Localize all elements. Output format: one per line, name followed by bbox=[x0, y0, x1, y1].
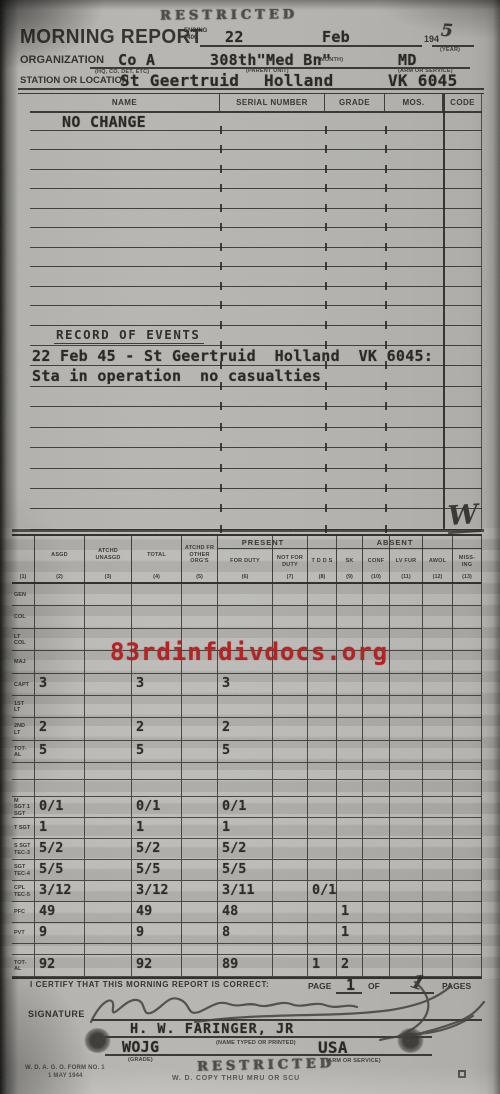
stats-cell bbox=[132, 606, 182, 628]
stats-cell bbox=[423, 606, 453, 628]
stats-cell bbox=[308, 606, 337, 628]
stats-cell bbox=[423, 629, 453, 651]
stats-cell bbox=[308, 741, 337, 763]
stats-cell: 3 bbox=[35, 674, 85, 696]
stats-cell bbox=[390, 780, 423, 797]
stats-cell: 49 bbox=[35, 902, 85, 923]
stats-cell bbox=[35, 696, 85, 718]
stats-cell: 1 bbox=[308, 955, 337, 977]
organization-label: ORGANIZATION bbox=[20, 54, 104, 66]
stats-cell bbox=[218, 696, 273, 718]
stats-cell bbox=[35, 629, 85, 651]
stats-row-label: LT COL bbox=[12, 629, 35, 651]
stats-cell bbox=[390, 902, 423, 923]
stats-cell bbox=[453, 923, 482, 944]
stats-cell bbox=[218, 944, 273, 955]
form-title: MORNING REPORT bbox=[20, 26, 203, 49]
name-table-rows: NO CHANGE bbox=[30, 111, 482, 326]
record-row: 22 Feb 45 - St Geertruid Holland VK 6045… bbox=[30, 346, 482, 366]
stats-column-number: (1) bbox=[20, 574, 27, 582]
stats-cell bbox=[337, 696, 363, 718]
stats-cell: 3/11 bbox=[218, 881, 273, 902]
column-header-serial-number: SERIAL NUMBER bbox=[220, 94, 325, 111]
stats-cell bbox=[182, 923, 218, 944]
stats-cell: 3 bbox=[132, 674, 182, 696]
stats-cell bbox=[182, 881, 218, 902]
stats-cell bbox=[363, 696, 390, 718]
stats-cell bbox=[390, 651, 423, 673]
stats-cell bbox=[182, 955, 218, 977]
stats-cell bbox=[453, 718, 482, 740]
stats-column-number: (10) bbox=[371, 574, 381, 582]
stats-cell: 5 bbox=[132, 741, 182, 763]
stats-cell bbox=[273, 860, 308, 881]
stats-cell bbox=[273, 839, 308, 860]
stats-cell bbox=[453, 881, 482, 902]
stats-cell bbox=[85, 944, 132, 955]
stats-cell bbox=[337, 584, 363, 606]
stats-row-label bbox=[12, 780, 35, 797]
stats-cell bbox=[132, 763, 182, 780]
stats-cell bbox=[453, 763, 482, 780]
stats-cell bbox=[337, 780, 363, 797]
stats-cell: 2 bbox=[337, 955, 363, 977]
stats-cell: 8 bbox=[218, 923, 273, 944]
stats-cell: 5/2 bbox=[218, 839, 273, 860]
name-table-row bbox=[30, 189, 482, 209]
stats-cell bbox=[132, 696, 182, 718]
stats-cell bbox=[85, 902, 132, 923]
stats-row-label: 1ST LT bbox=[12, 696, 35, 718]
stats-cell: 5/2 bbox=[132, 839, 182, 860]
stats-cell bbox=[308, 718, 337, 740]
name-table-row bbox=[30, 306, 482, 326]
stats-cell bbox=[85, 718, 132, 740]
morning-report-scan: RESTRICTED MORNING REPORT ENDING 2400 22… bbox=[0, 0, 500, 1094]
stats-cell bbox=[423, 696, 453, 718]
year-digit-handwritten: 5 bbox=[440, 21, 454, 42]
stats-cell bbox=[132, 584, 182, 606]
name-table-row bbox=[30, 267, 482, 287]
stats-cell bbox=[363, 955, 390, 977]
code-mark-handwritten: W bbox=[446, 499, 482, 534]
name-table-row: NO CHANGE bbox=[30, 111, 482, 131]
stats-cell bbox=[390, 718, 423, 740]
stats-cell bbox=[308, 763, 337, 780]
stats-cell bbox=[423, 818, 453, 839]
stats-cell bbox=[273, 606, 308, 628]
stats-cell bbox=[308, 780, 337, 797]
stats-cell bbox=[337, 797, 363, 818]
ending-label: ENDING bbox=[184, 28, 207, 34]
stats-cell bbox=[218, 780, 273, 797]
stats-cell bbox=[308, 696, 337, 718]
stats-cell: 92 bbox=[132, 955, 182, 977]
stats-column-label: ASGD bbox=[51, 552, 68, 559]
stats-column-label: MISS- ING bbox=[453, 555, 481, 569]
stats-cell bbox=[308, 674, 337, 696]
stats-cell bbox=[423, 881, 453, 902]
stats-cell bbox=[308, 944, 337, 955]
stats-cell: 0/1 bbox=[308, 881, 337, 902]
stats-cell bbox=[337, 718, 363, 740]
record-row bbox=[30, 448, 482, 468]
stats-row-label: PFC bbox=[12, 902, 35, 923]
stats-row-label: S SGT TEC-3 bbox=[12, 839, 35, 860]
stats-cell bbox=[363, 606, 390, 628]
stats-cell bbox=[85, 584, 132, 606]
stats-cell bbox=[390, 741, 423, 763]
stats-row-label: T SGT bbox=[12, 818, 35, 839]
stats-cell bbox=[423, 860, 453, 881]
stats-cell bbox=[308, 584, 337, 606]
name-table-row bbox=[30, 170, 482, 190]
stats-cell bbox=[182, 763, 218, 780]
stats-cell bbox=[453, 780, 482, 797]
stats-cell bbox=[182, 797, 218, 818]
restricted-stamp-top: RESTRICTED bbox=[160, 7, 298, 23]
stats-cell: 49 bbox=[132, 902, 182, 923]
stats-cell: 5/2 bbox=[35, 839, 85, 860]
stats-row-label: TOT- AL bbox=[12, 955, 35, 977]
column-tick bbox=[385, 525, 387, 533]
stats-cell bbox=[308, 902, 337, 923]
stats-column-label: NOT FOR DUTY bbox=[273, 555, 307, 569]
stats-cell bbox=[363, 718, 390, 740]
stats-cell bbox=[308, 923, 337, 944]
stats-cell: 9 bbox=[35, 923, 85, 944]
stats-cell: 1 bbox=[218, 818, 273, 839]
stats-row-label bbox=[12, 763, 35, 780]
signature-handwriting bbox=[85, 978, 490, 1056]
stats-cell bbox=[85, 860, 132, 881]
stats-column-header: TOTAL(4) bbox=[132, 536, 182, 582]
year-prefix: 194 bbox=[424, 34, 439, 44]
stats-cell bbox=[85, 923, 132, 944]
stats-column-number: (6) bbox=[242, 574, 249, 582]
stats-cell bbox=[182, 696, 218, 718]
stats-cell: 5 bbox=[35, 741, 85, 763]
stats-column-label: TOTAL bbox=[147, 552, 166, 559]
stats-cell bbox=[423, 741, 453, 763]
stats-cell bbox=[182, 944, 218, 955]
stats-column-header: ATCHD UNASGD(3) bbox=[85, 536, 132, 582]
stats-row-label: PVT bbox=[12, 923, 35, 944]
stats-cell bbox=[423, 944, 453, 955]
ending-value: 2400 bbox=[184, 35, 197, 41]
stats-cell bbox=[453, 674, 482, 696]
stats-cell: 2 bbox=[218, 718, 273, 740]
name-table-row bbox=[30, 248, 482, 268]
stats-cell bbox=[453, 839, 482, 860]
stats-cell bbox=[182, 902, 218, 923]
stats-column-number: (7) bbox=[287, 574, 294, 582]
stats-cell bbox=[273, 818, 308, 839]
stats-column-header: ATCHD FR OTHER ORG'S(5) bbox=[182, 536, 218, 582]
stats-cell bbox=[423, 797, 453, 818]
stats-cell bbox=[273, 584, 308, 606]
stats-column-label: CONF bbox=[368, 558, 384, 565]
stats-column-number: (9) bbox=[346, 574, 353, 582]
stats-column-label: FOR DUTY bbox=[230, 558, 260, 565]
stats-cell bbox=[132, 944, 182, 955]
stats-row-label: GEN bbox=[12, 584, 35, 606]
stats-cell: 1 bbox=[337, 902, 363, 923]
stats-cell bbox=[363, 584, 390, 606]
bottom-right-mark bbox=[458, 1070, 466, 1078]
stats-cell bbox=[85, 741, 132, 763]
stats-cell bbox=[423, 955, 453, 977]
stats-cell: 1 bbox=[35, 818, 85, 839]
stats-cell bbox=[337, 839, 363, 860]
stats-cell bbox=[363, 944, 390, 955]
stats-cell bbox=[273, 881, 308, 902]
stats-cell: 0/1 bbox=[132, 797, 182, 818]
stats-cell: 0/1 bbox=[218, 797, 273, 818]
stats-cell bbox=[273, 923, 308, 944]
stats-cell bbox=[273, 797, 308, 818]
stats-column-number: (2) bbox=[56, 574, 63, 582]
stats-cell bbox=[363, 741, 390, 763]
restricted-stamp-bottom: RESTRICTED bbox=[197, 1056, 335, 1075]
stats-cell bbox=[453, 651, 482, 673]
stats-cell bbox=[390, 860, 423, 881]
stats-column-number: (11) bbox=[401, 574, 410, 582]
stats-column-number: (4) bbox=[153, 574, 160, 582]
name-table-row bbox=[30, 287, 482, 307]
copy-note: W. D. COPY THRU MRU OR SCU bbox=[172, 1075, 300, 1082]
stats-cell bbox=[85, 763, 132, 780]
stats-cell bbox=[390, 839, 423, 860]
stats-cell: 5/5 bbox=[132, 860, 182, 881]
stats-column-label: ATCHD UNASGD bbox=[85, 548, 131, 562]
stats-cell bbox=[273, 763, 308, 780]
stats-cell bbox=[337, 860, 363, 881]
stats-cell bbox=[35, 944, 85, 955]
event-line-1: 22 Feb 45 - St Geertruid Holland VK 6045… bbox=[32, 347, 433, 365]
stats-cell bbox=[453, 955, 482, 977]
stats-cell bbox=[423, 763, 453, 780]
stats-cell bbox=[182, 584, 218, 606]
stats-row-label: MAJ bbox=[12, 651, 35, 673]
stats-cell: 1 bbox=[337, 923, 363, 944]
stats-cell bbox=[390, 955, 423, 977]
form-date: 1 MAY 1944 bbox=[48, 1073, 83, 1079]
stats-cell bbox=[453, 629, 482, 651]
stats-row-label: TOT- AL bbox=[12, 741, 35, 763]
name-table-row bbox=[30, 150, 482, 170]
stats-cell bbox=[182, 718, 218, 740]
stats-cell bbox=[273, 674, 308, 696]
stats-column-number: (8) bbox=[319, 574, 326, 582]
record-row bbox=[30, 469, 482, 489]
stats-cell bbox=[273, 741, 308, 763]
stats-row-label: 2ND LT bbox=[12, 718, 35, 740]
stats-cell bbox=[273, 902, 308, 923]
stats-cell bbox=[453, 696, 482, 718]
stats-cell bbox=[85, 881, 132, 902]
stats-cell bbox=[337, 606, 363, 628]
column-tick bbox=[325, 525, 327, 533]
stats-row-label: CPL TEC-5 bbox=[12, 881, 35, 902]
stats-cell bbox=[273, 780, 308, 797]
stats-cell bbox=[85, 797, 132, 818]
stats-cell bbox=[453, 902, 482, 923]
stats-column-number: (13) bbox=[462, 574, 472, 582]
stats-cell bbox=[273, 944, 308, 955]
stats-cell bbox=[337, 818, 363, 839]
stats-column-label: SK bbox=[345, 558, 353, 565]
stats-cell bbox=[337, 674, 363, 696]
grade-sublabel: (GRADE) bbox=[128, 1057, 153, 1063]
stats-cell bbox=[337, 763, 363, 780]
stats-cell: 3/12 bbox=[132, 881, 182, 902]
stats-cell: 48 bbox=[218, 902, 273, 923]
header-rule-thick bbox=[18, 88, 484, 90]
stats-cell bbox=[182, 606, 218, 628]
absent-group-header: ABSENT bbox=[308, 536, 482, 549]
stats-cell: 2 bbox=[35, 718, 85, 740]
stats-column-number: (3) bbox=[105, 574, 112, 582]
stats-cell bbox=[363, 763, 390, 780]
stats-cell: 9 bbox=[132, 923, 182, 944]
stats-cell bbox=[363, 780, 390, 797]
stats-cell bbox=[390, 763, 423, 780]
stats-cell bbox=[423, 674, 453, 696]
stats-cell: 3/12 bbox=[35, 881, 85, 902]
stats-cell bbox=[390, 881, 423, 902]
stats-cell bbox=[363, 674, 390, 696]
stats-cell bbox=[363, 839, 390, 860]
stats-column-header: (1) bbox=[12, 536, 35, 582]
stats-cell bbox=[182, 860, 218, 881]
stats-cell bbox=[337, 741, 363, 763]
stats-cell bbox=[453, 606, 482, 628]
stats-column-number: (12) bbox=[433, 574, 443, 582]
stats-cell bbox=[273, 955, 308, 977]
stats-cell bbox=[453, 818, 482, 839]
stats-cell bbox=[85, 780, 132, 797]
stats-row-label: SGT TEC-4 bbox=[12, 860, 35, 881]
stats-column-label: T D D S bbox=[312, 558, 333, 565]
stats-cell: 5/5 bbox=[35, 860, 85, 881]
stats-cell: 5 bbox=[218, 741, 273, 763]
stats-cell: 5/5 bbox=[218, 860, 273, 881]
name-table-header: NAME SERIAL NUMBER GRADE MOS. CODE bbox=[30, 94, 482, 111]
stats-cell bbox=[35, 606, 85, 628]
report-day: 22 bbox=[225, 28, 244, 46]
stats-cell bbox=[363, 797, 390, 818]
stats-cell bbox=[35, 584, 85, 606]
stats-cell: 1 bbox=[132, 818, 182, 839]
event-line-2: Sta in operation no casualties bbox=[32, 367, 321, 385]
stats-cell: 2 bbox=[132, 718, 182, 740]
stats-cell bbox=[423, 584, 453, 606]
stats-cell bbox=[182, 780, 218, 797]
name-entry: NO CHANGE bbox=[62, 113, 146, 131]
stats-cell bbox=[85, 606, 132, 628]
stats-cell bbox=[453, 860, 482, 881]
column-tick bbox=[220, 525, 222, 533]
stats-cell bbox=[363, 902, 390, 923]
record-row: Sta in operation no casualties bbox=[30, 366, 482, 386]
stats-column-number: (5) bbox=[196, 574, 203, 582]
year-sublabel: (YEAR) bbox=[440, 47, 460, 53]
stats-cell bbox=[308, 860, 337, 881]
stats-cell bbox=[363, 860, 390, 881]
stats-cell bbox=[308, 839, 337, 860]
stats-column-header: ASGD(2) bbox=[35, 536, 85, 582]
record-row bbox=[30, 387, 482, 407]
stats-cell bbox=[85, 839, 132, 860]
stats-cell bbox=[423, 923, 453, 944]
station-label: STATION OR LOCATION bbox=[20, 75, 129, 86]
stats-cell bbox=[182, 674, 218, 696]
stats-cell bbox=[182, 818, 218, 839]
date-underline bbox=[200, 45, 422, 47]
stats-cell bbox=[35, 651, 85, 673]
stats-cell bbox=[182, 839, 218, 860]
column-header-grade: GRADE bbox=[325, 94, 385, 111]
stats-cell bbox=[390, 674, 423, 696]
stats-cell bbox=[423, 651, 453, 673]
record-row bbox=[30, 509, 482, 529]
stats-cell bbox=[337, 881, 363, 902]
name-table-row bbox=[30, 209, 482, 229]
stats-cell bbox=[35, 763, 85, 780]
stats-cell bbox=[337, 944, 363, 955]
stats-cell bbox=[85, 818, 132, 839]
stats-cell bbox=[390, 696, 423, 718]
record-of-events-title: RECORD OF EVENTS bbox=[54, 327, 204, 344]
record-row bbox=[30, 407, 482, 427]
stats-cell bbox=[308, 797, 337, 818]
stats-cell bbox=[423, 902, 453, 923]
stats-cell: 89 bbox=[218, 955, 273, 977]
name-table-row bbox=[30, 131, 482, 151]
name-table-row bbox=[30, 228, 482, 248]
stats-cell bbox=[390, 797, 423, 818]
stats-cell bbox=[423, 780, 453, 797]
record-row bbox=[30, 428, 482, 448]
form-number: W. D. A. G. O. FORM NO. 1 bbox=[25, 1065, 105, 1071]
stats-cell: 92 bbox=[35, 955, 85, 977]
stats-cell bbox=[35, 780, 85, 797]
stats-cell bbox=[308, 818, 337, 839]
stats-cell bbox=[453, 944, 482, 955]
stats-cell bbox=[390, 818, 423, 839]
month-sublabel: (MONTH) bbox=[318, 57, 343, 63]
stats-cell bbox=[363, 923, 390, 944]
record-row bbox=[30, 489, 482, 509]
watermark-text: 83rdinfdivdocs.org bbox=[110, 638, 388, 666]
stats-cell bbox=[85, 955, 132, 977]
stats-cell bbox=[218, 606, 273, 628]
stats-cell bbox=[218, 763, 273, 780]
stats-column-label: LV FUR bbox=[396, 558, 417, 565]
stats-cell bbox=[273, 696, 308, 718]
present-group-header: PRESENT bbox=[218, 536, 308, 549]
stats-cell: 3 bbox=[218, 674, 273, 696]
stats-cell bbox=[423, 839, 453, 860]
stats-cell bbox=[85, 674, 132, 696]
stats-row-label: CAPT bbox=[12, 674, 35, 696]
stats-cell bbox=[85, 696, 132, 718]
stats-cell bbox=[218, 584, 273, 606]
stats-column-label: ATCHD FR OTHER ORG'S bbox=[182, 545, 217, 566]
stats-cell bbox=[390, 923, 423, 944]
stats-cell bbox=[453, 741, 482, 763]
